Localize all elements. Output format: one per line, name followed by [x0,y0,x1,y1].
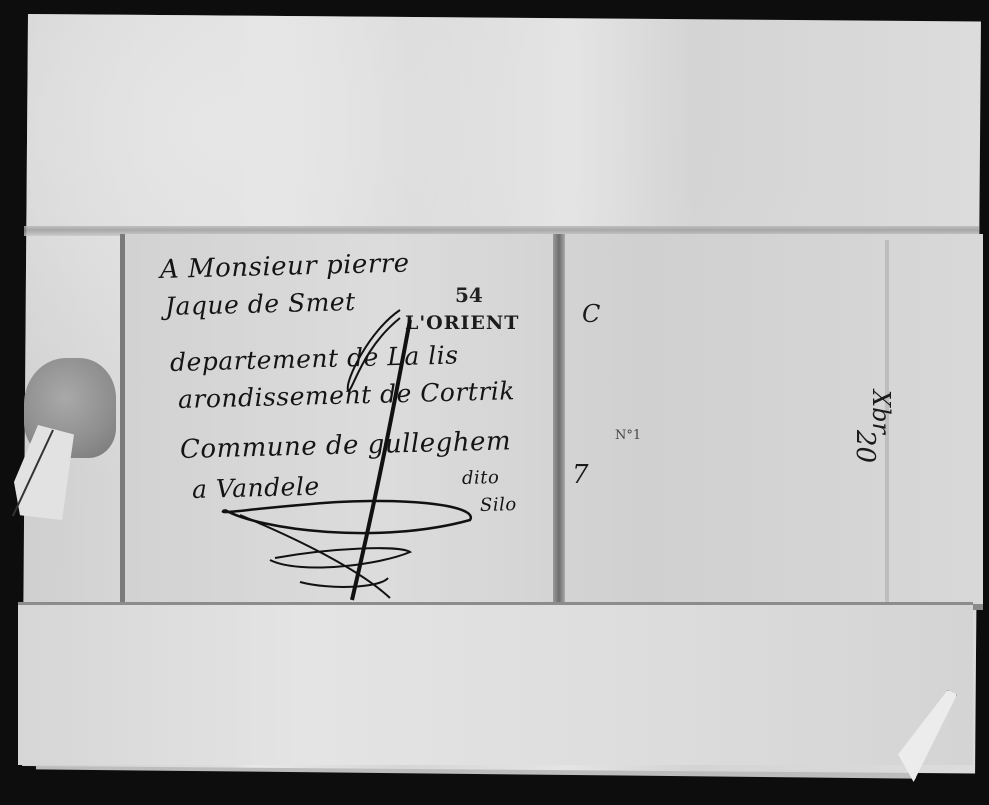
pen-flourishes [0,0,989,805]
